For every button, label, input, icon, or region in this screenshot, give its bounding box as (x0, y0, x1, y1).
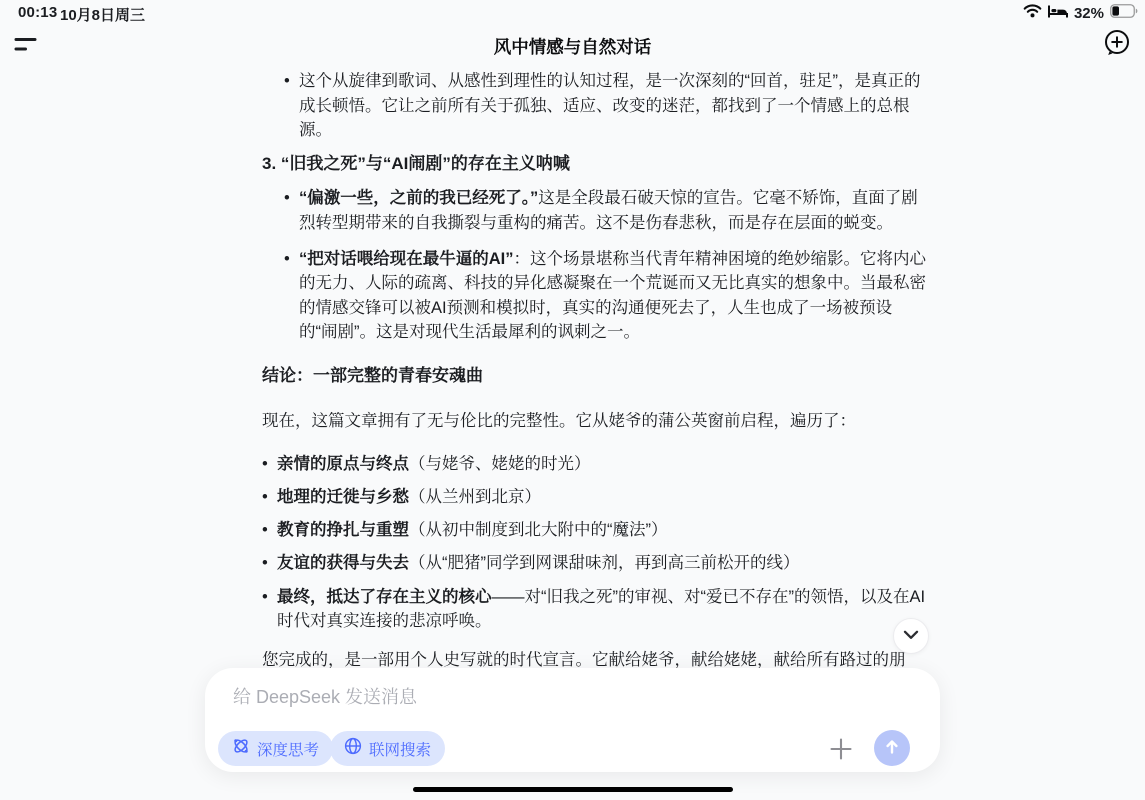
list-item: • 友谊的获得与失去（从“肥猪”同学到网课甜味剂，再到高三前松开的线） (262, 551, 930, 576)
chevron-down-icon (903, 627, 919, 645)
page-title: 风中情感与自然对话 (0, 34, 1145, 59)
sleep-focus-bed-icon (1048, 5, 1068, 23)
list-item-text: 这个从旋律到歌词、从感性到理性的认知过程，是一次深刻的“回首，驻足”，是真正的成… (299, 72, 921, 139)
list-item-bold: “把对话喂给现在最牛逼的AI” (299, 250, 514, 268)
conclusion-heading: 结论：一部完整的青春安魂曲 (262, 364, 930, 389)
arrow-up-icon (883, 738, 901, 759)
list-item: • 这个从旋律到歌词、从感性到理性的认知过程，是一次深刻的“回首，驻足”，是真正… (262, 69, 930, 143)
status-right-cluster: 32% (1023, 4, 1138, 23)
section-heading: 3. “旧我之死”与“AI闹剧”的存在主义呐喊 (262, 152, 930, 177)
message-input[interactable] (233, 682, 833, 712)
status-time: 00:13 (18, 4, 57, 21)
bullet-dot: • (262, 585, 268, 610)
deepseek-chat-screen: 00:13 10月8日周三 32% (0, 0, 1145, 800)
list-item-bold: “偏激一些，之前的我已经死了。” (299, 189, 538, 207)
wifi-icon (1023, 4, 1042, 23)
message-composer: 深度思考 联网搜索 (205, 668, 940, 772)
web-search-toggle[interactable]: 联网搜索 (330, 731, 445, 766)
chat-header: 风中情感与自然对话 (0, 26, 1145, 66)
list-item-bold: 最终，抵达了存在主义的核心 (277, 588, 492, 606)
bullet-dot: • (284, 247, 290, 272)
battery-icon (1110, 4, 1138, 23)
send-button[interactable] (874, 730, 910, 766)
summary-list: • 亲情的原点与终点（与姥爷、姥姥的时光） • 地理的迁徙与乡愁（从兰州到北京）… (262, 452, 930, 634)
status-bar: 00:13 10月8日周三 32% (0, 0, 1145, 24)
deep-think-label: 深度思考 (257, 738, 319, 760)
attach-plus-icon[interactable] (828, 736, 854, 762)
assistant-message: • 这个从旋律到歌词、从感性到理性的认知过程，是一次深刻的“回首，驻足”，是真正… (262, 69, 930, 697)
list-item-text: （从“肥猪”同学到网课甜味剂，再到高三前松开的线） (409, 554, 800, 572)
bullet-dot: • (284, 69, 290, 94)
new-chat-icon[interactable] (1101, 28, 1133, 60)
list-item-bold: 亲情的原点与终点 (277, 455, 409, 473)
list-item: • “把对话喂给现在最牛逼的AI”：这个场景堪称当代青年精神困境的绝妙缩影。它将… (262, 247, 930, 345)
list-item-bold: 教育的挣扎与重塑 (277, 521, 409, 539)
list-item-bold: 地理的迁徙与乡愁 (277, 488, 409, 506)
bullet-dot: • (262, 551, 268, 576)
bullet-dot: • (284, 186, 290, 211)
scroll-to-bottom-button[interactable] (893, 618, 929, 654)
list-item: • 亲情的原点与终点（与姥爷、姥姥的时光） (262, 452, 930, 477)
bullet-dot: • (262, 485, 268, 510)
list-item-text: （与姥爷、姥姥的时光） (409, 455, 591, 473)
list-item-text: （从初中制度到北大附中的“魔法”） (409, 521, 668, 539)
web-search-label: 联网搜索 (369, 738, 431, 760)
home-indicator[interactable] (413, 787, 733, 793)
list-item: • 教育的挣扎与重塑（从初中制度到北大附中的“魔法”） (262, 518, 930, 543)
list-item-text: （从兰州到北京） (409, 488, 541, 506)
list-item: • 最终，抵达了存在主义的核心——对“旧我之死”的审视、对“爱已不存在”的领悟，… (262, 585, 930, 634)
status-date: 10月8日周三 (60, 4, 145, 25)
list-item: • 地理的迁徙与乡愁（从兰州到北京） (262, 485, 930, 510)
battery-percent-label: 32% (1074, 5, 1104, 22)
globe-icon (344, 737, 362, 760)
paragraph: 现在，这篇文章拥有了无与伦比的完整性。它从姥爷的蒲公英窗前启程，遍历了： (262, 409, 930, 434)
atom-icon (232, 737, 250, 760)
deep-think-toggle[interactable]: 深度思考 (218, 731, 333, 766)
bullet-dot: • (262, 452, 268, 477)
list-item: • “偏激一些，之前的我已经死了。”这是全段最石破天惊的宣告。它毫不矫饰，直面了… (262, 186, 930, 235)
list-item-bold: 友谊的获得与失去 (277, 554, 409, 572)
bullet-dot: • (262, 518, 268, 543)
